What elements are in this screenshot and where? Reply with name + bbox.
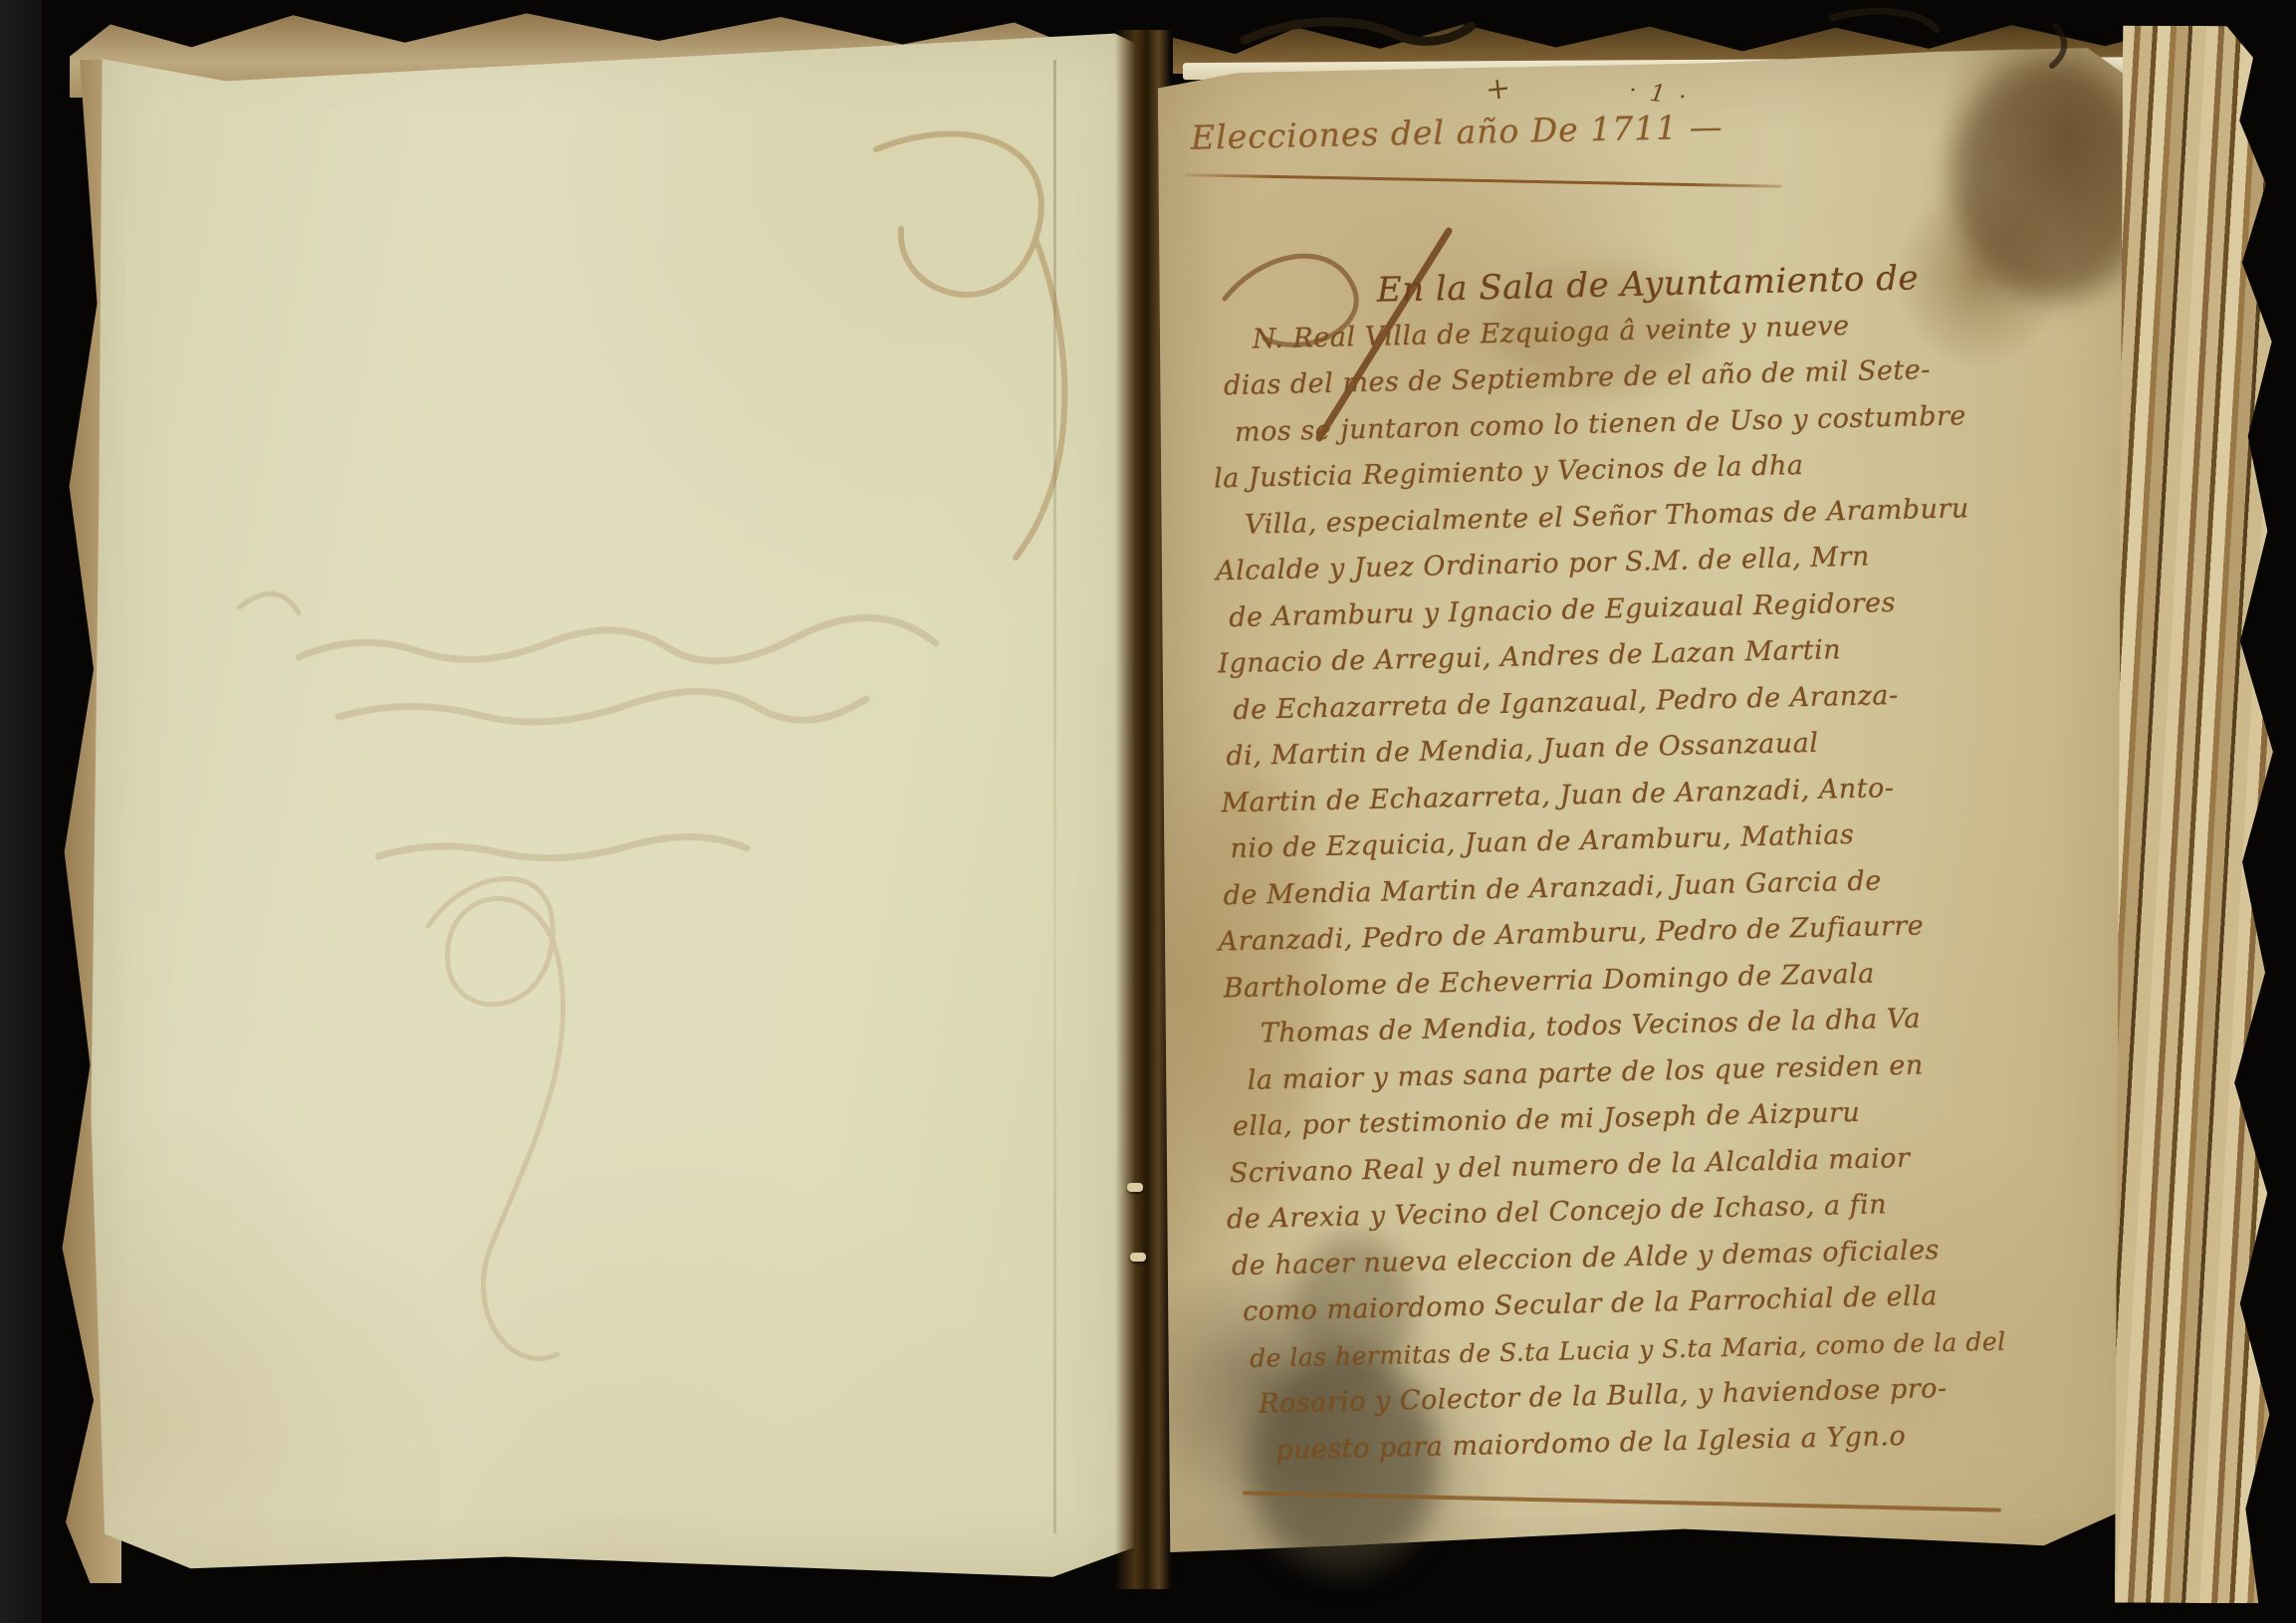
manuscript-body: En la Sala de Ayuntamiento deN. Real Vil… (1209, 251, 2144, 1475)
manuscript-photo: + · 1 · Elecciones del año De 1711 — En … (0, 0, 2296, 1623)
left-page (86, 25, 1141, 1587)
scanner-edge-strip (0, 0, 42, 1623)
binding-stitch (1130, 1253, 1146, 1262)
left-page-crease (1053, 60, 1056, 1533)
invocation-cross-mark: + (1484, 71, 1512, 108)
binding-stitch (1127, 1183, 1143, 1192)
